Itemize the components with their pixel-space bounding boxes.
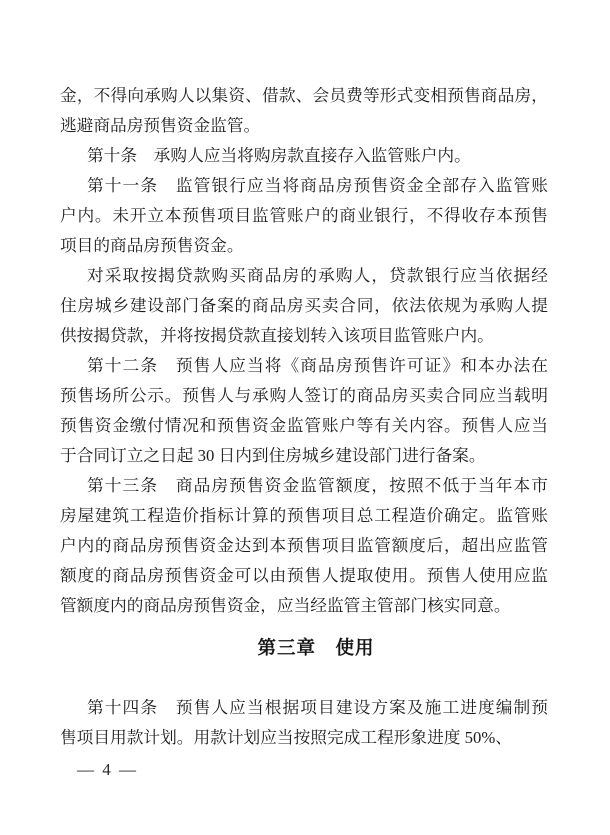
text-line: 额度的商品房预售资金可以由预售人提取使用。预售人使用应监 <box>60 561 548 591</box>
text-line: 第十三条 商品房预售资金监管额度，按照不低于当年本市 <box>60 471 548 501</box>
text-line: 管额度内的商品房预售资金，应当经监管主管部门核实同意。 <box>60 591 548 621</box>
text-line: 第十条 承购人应当将购房款直接存入监管账户内。 <box>60 141 548 171</box>
paragraph: 第十四条 预售人应当根据项目建设方案及施工进度编制预售项目用款计划。用款计划应当… <box>60 693 548 753</box>
text-line: 于合同订立之日起 30 日内到住房城乡建设部门进行备案。 <box>60 441 548 471</box>
paragraph: 金，不得向承购人以集资、借款、会员费等形式变相预售商品房，逃避商品房预售资金监管… <box>60 81 548 141</box>
paragraph: 第十二条 预售人应当将《商品房预售许可证》和本办法在预售场所公示。预售人与承购人… <box>60 351 548 471</box>
text-line: 供按揭贷款，并将按揭贷款直接划转入该项目监管账户内。 <box>60 321 548 351</box>
document-body: 金，不得向承购人以集资、借款、会员费等形式变相预售商品房，逃避商品房预售资金监管… <box>60 81 548 753</box>
text-line: 住房城乡建设部门备案的商品房买卖合同，依法依规为承购人提 <box>60 291 548 321</box>
text-line: 预售场所公示。预售人与承购人签订的商品房买卖合同应当载明 <box>60 381 548 411</box>
document-page: 金，不得向承购人以集资、借款、会员费等形式变相预售商品房，逃避商品房预售资金监管… <box>0 0 610 835</box>
paragraph: 第十一条 监管银行应当将商品房预售资金全部存入监管账户内。未开立本预售项目监管账… <box>60 171 548 261</box>
text-line: 逃避商品房预售资金监管。 <box>60 111 548 141</box>
text-line: 售项目用款计划。用款计划应当按照完成工程形象进度 50%、 <box>60 723 548 753</box>
paragraph: 第十条 承购人应当将购房款直接存入监管账户内。 <box>60 141 548 171</box>
text-line: 对采取按揭贷款购买商品房的承购人，贷款银行应当依据经 <box>60 261 548 291</box>
text-line: 项目的商品房预售资金。 <box>60 231 548 261</box>
text-line: 户内。未开立本预售项目监管账户的商业银行，不得收存本预售 <box>60 201 548 231</box>
text-line: 第十二条 预售人应当将《商品房预售许可证》和本办法在 <box>60 351 548 381</box>
paragraph: 对采取按揭贷款购买商品房的承购人，贷款银行应当依据经住房城乡建设部门备案的商品房… <box>60 261 548 351</box>
text-line: 第十一条 监管银行应当将商品房预售资金全部存入监管账 <box>60 171 548 201</box>
paragraph: 第十三条 商品房预售资金监管额度，按照不低于当年本市房屋建筑工程造价指标计算的预… <box>60 471 548 621</box>
chapter-heading: 第三章 使用 <box>60 633 548 663</box>
text-line: 房屋建筑工程造价指标计算的预售项目总工程造价确定。监管账 <box>60 501 548 531</box>
page-number: — 4 — <box>77 755 138 785</box>
text-line: 金，不得向承购人以集资、借款、会员费等形式变相预售商品房， <box>60 81 548 111</box>
text-line: 预售资金缴付情况和预售资金监管账户等有关内容。预售人应当 <box>60 411 548 441</box>
text-line: 第十四条 预售人应当根据项目建设方案及施工进度编制预 <box>60 693 548 723</box>
text-line: 户内的商品房预售资金达到本预售项目监管额度后，超出应监管 <box>60 531 548 561</box>
